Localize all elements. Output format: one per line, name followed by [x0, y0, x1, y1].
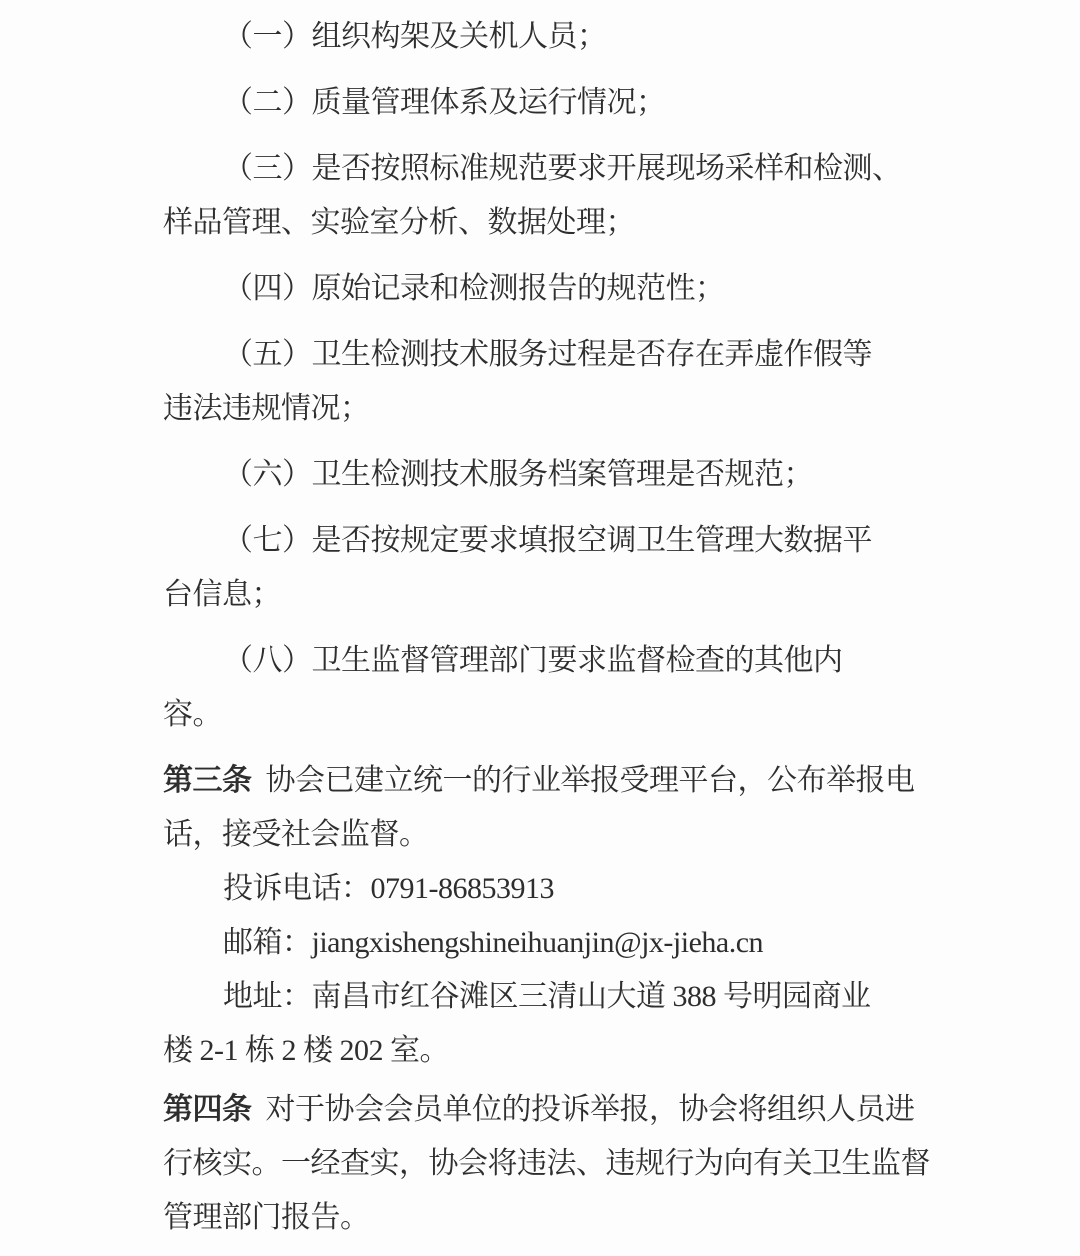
article-3-label: 第三条	[163, 764, 252, 797]
list-item-6: （六）卫生检测技术服务档案管理是否规范；	[163, 448, 953, 502]
article-4-line-2: 行核实。一经查实，协会将违法、违规行为向有关卫生监督	[163, 1137, 953, 1191]
list-item-5-line-1: （五）卫生检测技术服务过程是否存在弄虚作假等	[163, 328, 953, 382]
list-item-3-line-1: （三）是否按照标准规范要求开展现场采样和检测、	[163, 142, 953, 196]
contact-address-line-2: 楼 2-1 栋 2 楼 202 室。	[163, 1024, 953, 1078]
document-page: （一）组织构架及关机人员； （二）质量管理体系及运行情况； （三）是否按照标准规…	[0, 0, 1080, 1256]
article-4-line-3: 管理部门报告。	[163, 1191, 953, 1245]
list-item-7-line-2: 台信息；	[163, 568, 953, 622]
list-item-7-line-1: （七）是否按规定要求填报空调卫生管理大数据平	[163, 514, 953, 568]
article-4-label: 第四条	[163, 1093, 252, 1126]
contact-phone-line: 投诉电话：0791-86853913	[163, 862, 953, 916]
list-item-4: （四）原始记录和检测报告的规范性；	[163, 262, 953, 316]
list-item-3-line-2: 样品管理、实验室分析、数据处理；	[163, 196, 953, 250]
contact-email-line: 邮箱：jiangxishengshineihuanjin@jx-jieha.cn	[163, 916, 953, 970]
article-3-line-2: 话，接受社会监督。	[163, 808, 953, 862]
document-text-column: （一）组织构架及关机人员； （二）质量管理体系及运行情况； （三）是否按照标准规…	[163, 10, 953, 1245]
list-item-2: （二）质量管理体系及运行情况；	[163, 76, 953, 130]
contact-address-line-1: 地址：南昌市红谷滩区三清山大道 388 号明园商业	[163, 970, 953, 1024]
article-3-line-1: 第三条协会已建立统一的行业举报受理平台，公布举报电	[163, 754, 953, 808]
article-4-text: 对于协会会员单位的投诉举报，协会将组织人员进	[266, 1093, 915, 1126]
article-3-text: 协会已建立统一的行业举报受理平台，公布举报电	[266, 764, 915, 797]
list-item-8-line-2: 容。	[163, 688, 953, 742]
list-item-1: （一）组织构架及关机人员；	[163, 10, 953, 64]
article-4-line-1: 第四条对于协会会员单位的投诉举报，协会将组织人员进	[163, 1083, 953, 1137]
list-item-5-line-2: 违法违规情况；	[163, 382, 953, 436]
list-item-8-line-1: （八）卫生监督管理部门要求监督检查的其他内	[163, 634, 953, 688]
